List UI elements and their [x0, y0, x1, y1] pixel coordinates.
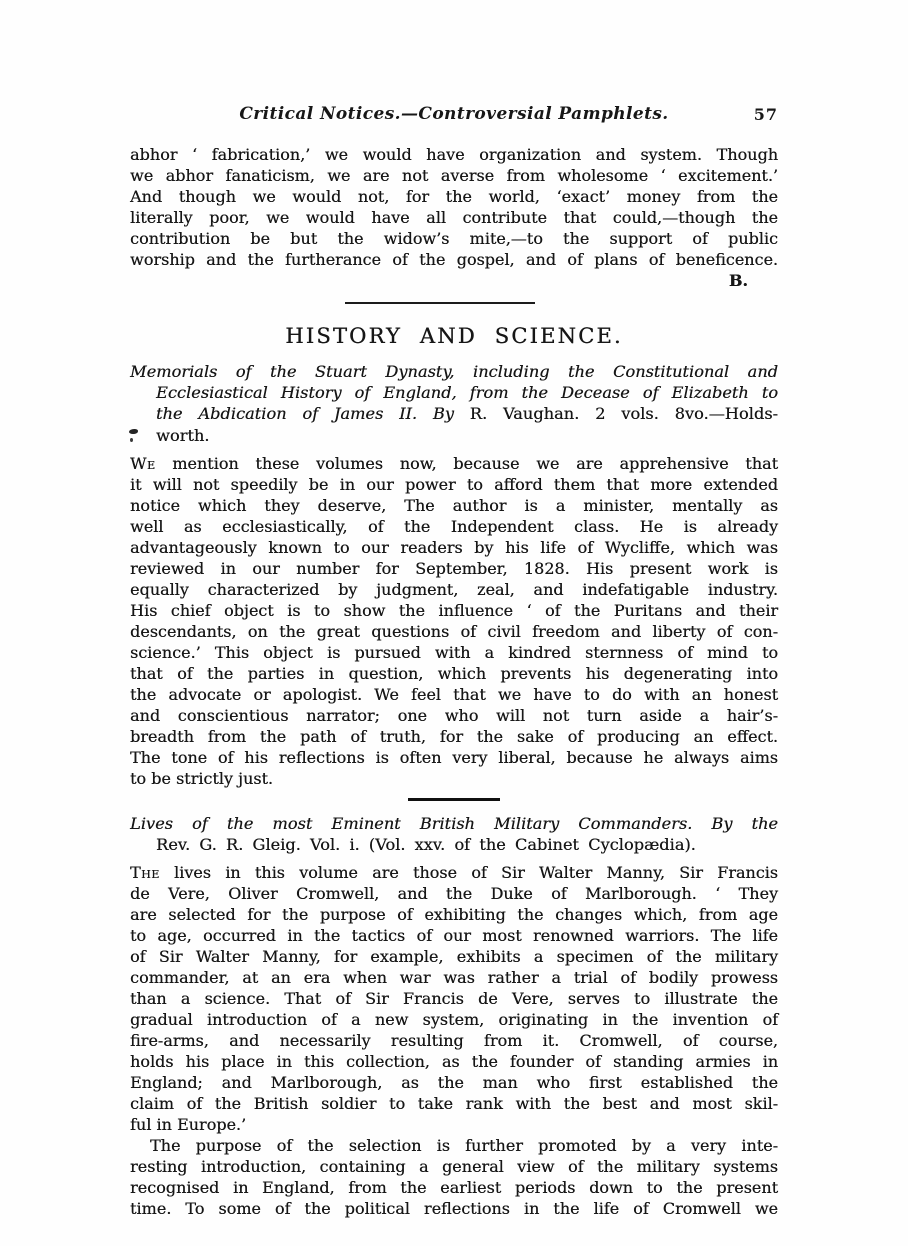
- text-line: recognised in England, from the earliest…: [130, 1177, 778, 1198]
- text-line: time. To some of the political reflectio…: [130, 1198, 778, 1219]
- text-line: literally poor, we would have all contri…: [130, 207, 778, 228]
- text-line: We mention these volumes now, because we…: [130, 453, 778, 474]
- citation-line: Lives of the most Eminent British Milita…: [130, 813, 778, 834]
- citation-line: Memorials of the Stuart Dynasty, includi…: [130, 361, 778, 382]
- text-line: of Sir Walter Manny, for example, exhibi…: [130, 946, 778, 967]
- text-line: The lives in this volume are those of Si…: [130, 862, 778, 883]
- text-line: breadth from the path of truth, for the …: [130, 726, 778, 747]
- text-line: well as ecclesiastically, of the Indepen…: [130, 516, 778, 537]
- text-line: gradual introduction of a new system, or…: [130, 1009, 778, 1030]
- section-divider: [345, 302, 535, 304]
- section-heading: HISTORY AND SCIENCE.: [130, 324, 778, 348]
- review-body-1: We mention these volumes now, because we…: [130, 453, 778, 789]
- article-divider: [408, 798, 500, 801]
- text-segment: mention these volumes now, because we ar…: [155, 454, 778, 473]
- text-line: than a science. That of Sir Francis de V…: [130, 988, 778, 1009]
- previous-article-continuation: abhor ‘ fabrication,’ we would have orga…: [130, 144, 778, 291]
- citation-italic-segment: the Abdication of James II. By: [156, 404, 470, 423]
- text-line: worship and the furtherance of the gospe…: [130, 249, 778, 270]
- text-line: ful in Europe.’: [130, 1114, 778, 1135]
- signature-initial: B.: [130, 270, 778, 291]
- text-line: holds his place in this collection, as t…: [130, 1051, 778, 1072]
- text-line: we abhor fanaticism, we are not averse f…: [130, 165, 778, 186]
- text-line: equally characterized by judgment, zeal,…: [130, 579, 778, 600]
- lead-word: We: [130, 454, 155, 473]
- text-line: that of the parties in question, which p…: [130, 663, 778, 684]
- text-line: fire-arms, and necessarily resulting fro…: [130, 1030, 778, 1051]
- text-line: contribution be but the widow’s mite,—to…: [130, 228, 778, 249]
- text-line: the advocate or apologist. We feel that …: [130, 684, 778, 705]
- text-line: to be strictly just.: [130, 768, 778, 789]
- citation-line: the Abdication of James II. By R. Vaugha…: [130, 403, 778, 424]
- text-line: His chief object is to show the influenc…: [130, 600, 778, 621]
- page-header: Critical Notices.—Controversial Pamphlet…: [130, 104, 778, 124]
- text-line: science.’ This object is pursued with a …: [130, 642, 778, 663]
- text-segment: lives in this volume are those of Sir Wa…: [160, 863, 778, 882]
- text-line: notice which they deserve, The author is…: [130, 495, 778, 516]
- review-body-2: The lives in this volume are those of Si…: [130, 862, 778, 1135]
- lead-word: The: [130, 863, 160, 882]
- text-line: England; and Marlborough, as the man who…: [130, 1072, 778, 1093]
- text-line: descendants, on the great questions of c…: [130, 621, 778, 642]
- scanned-page: Critical Notices.—Controversial Pamphlet…: [0, 0, 908, 1246]
- text-line: are selected for the purpose of exhibiti…: [130, 904, 778, 925]
- text-line: The purpose of the selection is further …: [130, 1135, 778, 1156]
- citation-line: worth.: [130, 425, 778, 446]
- text-line: and conscientious narrator; one who will…: [130, 705, 778, 726]
- book-citation-1: Memorials of the Stuart Dynasty, includi…: [130, 361, 778, 446]
- page-number: 57: [754, 105, 778, 124]
- book-citation-2: Lives of the most Eminent British Milita…: [130, 813, 778, 855]
- text-line: reviewed in our number for September, 18…: [130, 558, 778, 579]
- text-column: Critical Notices.—Controversial Pamphlet…: [130, 104, 778, 1219]
- citation-line: Ecclesiastical History of England, from …: [130, 382, 778, 403]
- text-line: to age, occurred in the tactics of our m…: [130, 925, 778, 946]
- text-line: abhor ‘ fabrication,’ we would have orga…: [130, 144, 778, 165]
- text-line: advantageously known to our readers by h…: [130, 537, 778, 558]
- citation-line: Rev. G. R. Gleig. Vol. i. (Vol. xxv. of …: [130, 834, 778, 855]
- text-line: And though we would not, for the world, …: [130, 186, 778, 207]
- text-line: resting introduction, containing a gener…: [130, 1156, 778, 1177]
- text-line: claim of the British soldier to take ran…: [130, 1093, 778, 1114]
- text-line: it will not speedily be in our power to …: [130, 474, 778, 495]
- closing-paragraph: The purpose of the selection is further …: [130, 1135, 778, 1219]
- text-line: commander, at an era when war was rather…: [130, 967, 778, 988]
- running-title: Critical Notices.—Controversial Pamphlet…: [239, 104, 668, 124]
- text-line: de Vere, Oliver Cromwell, and the Duke o…: [130, 883, 778, 904]
- citation-roman-segment: R. Vaughan. 2 vols. 8vo.—Holds-: [470, 404, 778, 423]
- text-line: The tone of his reflections is often ver…: [130, 747, 778, 768]
